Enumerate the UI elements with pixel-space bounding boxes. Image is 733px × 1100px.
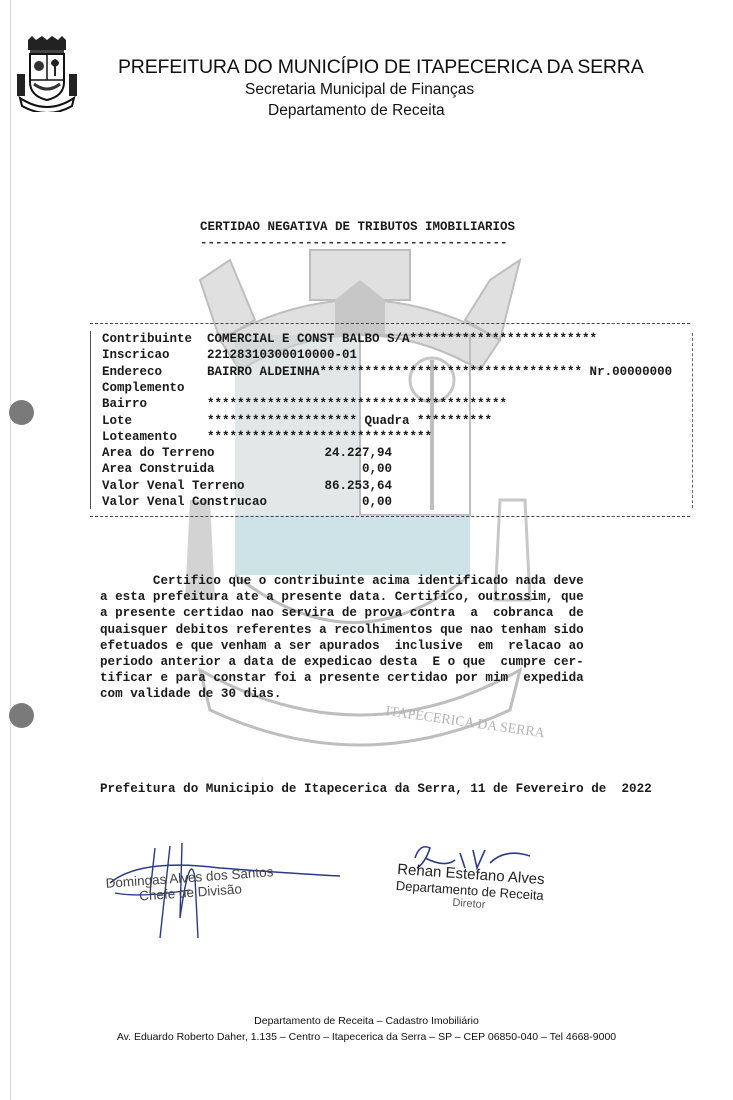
certification-text: Certifico que o contribuinte acima ident… bbox=[100, 573, 673, 703]
field-label: Contribuinte bbox=[102, 332, 207, 346]
header-subtitle: Secretaria Municipal de Finanças bbox=[245, 81, 474, 99]
field-value: **************************************** bbox=[207, 397, 507, 411]
header-department: Departamento de Receita bbox=[268, 102, 445, 120]
info-box-bottom-border bbox=[90, 516, 690, 517]
field-label: Lote bbox=[102, 414, 207, 428]
field-label: Bairro bbox=[102, 397, 207, 411]
header-title: PREFEITURA DO MUNICÍPIO DE ITAPECERICA D… bbox=[118, 56, 644, 79]
certificate-title: CERTIDAO NEGATIVA DE TRIBUTOS IMOBILIARI… bbox=[200, 220, 515, 234]
field-label: Loteamento bbox=[102, 430, 207, 444]
field-value: 22128310300010000-01 bbox=[207, 348, 357, 362]
field-label: Complemento bbox=[102, 381, 207, 395]
coat-of-arms-icon bbox=[14, 36, 80, 112]
punch-hole-top bbox=[9, 400, 34, 425]
svg-text:ITAPECERICA DA SERRA: ITAPECERICA DA SERRA bbox=[384, 704, 546, 741]
signature-2-block: Rehan Estefano Alves Departamento de Rec… bbox=[394, 861, 547, 915]
field-value: COMERCIAL E CONST BALBO S/A*************… bbox=[207, 332, 597, 346]
field-row: Complemento bbox=[102, 381, 207, 395]
field-label: Inscricao bbox=[102, 348, 207, 362]
info-box-top-border bbox=[90, 323, 690, 324]
footer-department: Departamento de Receita – Cadastro Imobi… bbox=[0, 1015, 733, 1027]
field-label: Endereco bbox=[102, 365, 207, 379]
field-row: EnderecoBAIRRO ALDEINHA*****************… bbox=[102, 365, 672, 379]
field-value: ****************************** bbox=[207, 430, 432, 444]
field-row: ContribuinteCOMERCIAL E CONST BALBO S/A*… bbox=[102, 332, 597, 346]
numeric-field-row: Valor Venal Construcao bbox=[102, 495, 267, 509]
field-value: BAIRRO ALDEINHA*************************… bbox=[207, 365, 672, 379]
footer-address: Av. Eduardo Roberto Daher, 1.135 – Centr… bbox=[0, 1031, 733, 1043]
punch-hole-bottom bbox=[9, 703, 34, 728]
field-row: Lote******************** Quadra ********… bbox=[102, 414, 492, 428]
numeric-field-row: Valor Venal Terreno bbox=[102, 479, 245, 493]
field-row: Bairro**********************************… bbox=[102, 397, 507, 411]
field-value: ******************** Quadra ********** bbox=[207, 414, 492, 428]
numeric-field-row: Area Construida bbox=[102, 462, 215, 476]
numeric-field-value: 0,00 bbox=[272, 495, 392, 509]
info-box-right-border bbox=[692, 333, 693, 508]
certificate-title-underline: ----------------------------------------… bbox=[200, 236, 508, 250]
numeric-field-value: 86.253,64 bbox=[272, 479, 392, 493]
field-row: Loteamento****************************** bbox=[102, 430, 432, 444]
issue-date-line: Prefeitura do Municipio de Itapecerica d… bbox=[100, 782, 652, 796]
numeric-field-value: 24.227,94 bbox=[272, 446, 392, 460]
info-box-left-border bbox=[90, 331, 91, 509]
field-row: Inscricao22128310300010000-01 bbox=[102, 348, 357, 362]
page-margin-line bbox=[10, 0, 11, 1100]
numeric-field-value: 0,00 bbox=[272, 462, 392, 476]
numeric-field-row: Area do Terreno bbox=[102, 446, 215, 460]
